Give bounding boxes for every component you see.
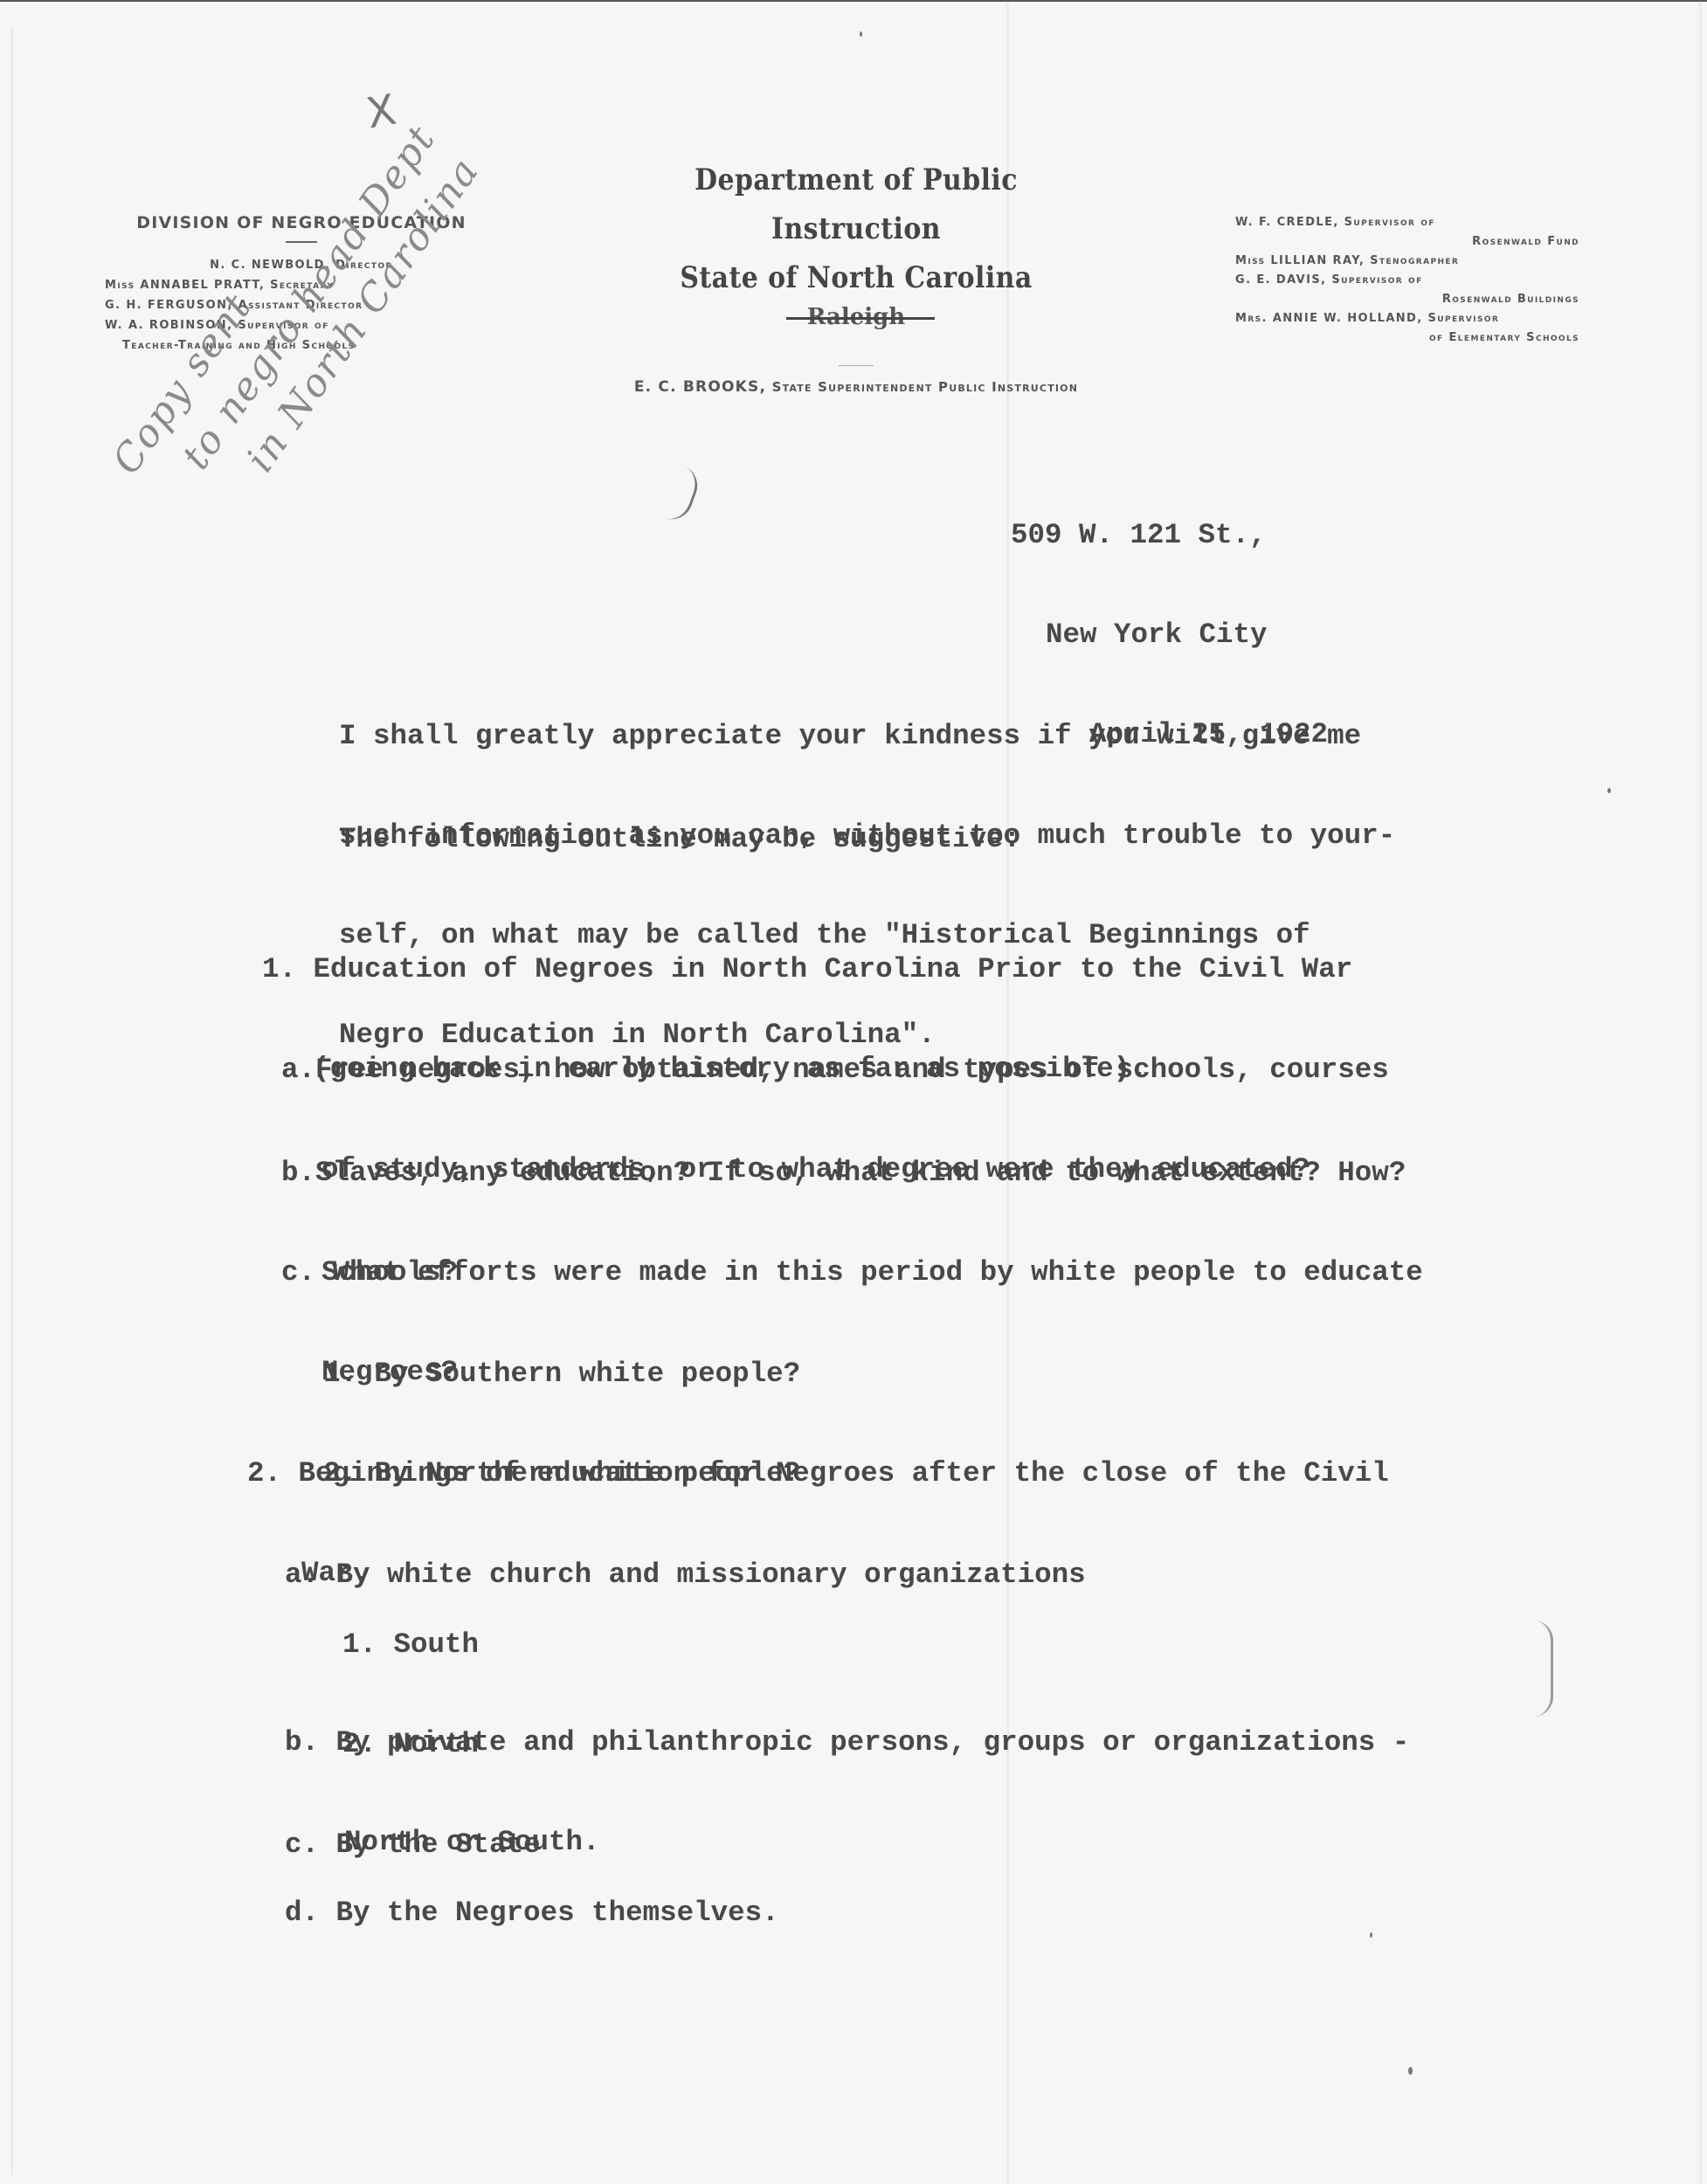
divider — [839, 365, 874, 366]
department-title: Department of Public Instruction — [618, 156, 1095, 253]
pencil-mark — [1533, 1621, 1553, 1717]
scan-speck — [1370, 1932, 1372, 1938]
scan-speck — [860, 31, 862, 37]
staff-entry: G. E. DAVIS, Supervisor of — [1235, 271, 1585, 290]
scan-border — [0, 0, 1707, 2]
pencil-mark — [664, 466, 703, 526]
staff-entry-continuation: Rosenwald Buildings — [1235, 290, 1585, 309]
list-item: 1. South — [342, 1628, 479, 1662]
scan-streak — [10, 26, 13, 2175]
letterhead-staff-right: W. F. CREDLE, Supervisor of Rosenwald Fu… — [1235, 213, 1585, 348]
scan-speck — [1408, 2067, 1413, 2075]
superintendent-line: E. C. BROOKS, State Superintendent Publi… — [585, 378, 1127, 396]
staff-entry-continuation: Rosenwald Fund — [1235, 232, 1585, 252]
list-item: 1. By Southern white people? — [323, 1358, 800, 1391]
staff-entry: Miss LILLIAN RAY, Stenographer — [1235, 252, 1585, 271]
staff-entry-continuation: of Elementary Schools — [1235, 328, 1585, 348]
staff-entry: Mrs. ANNIE W. HOLLAND, Supervisor — [1235, 309, 1585, 328]
outline-item-2d: d. By the Negroes themselves. — [285, 1830, 779, 1963]
scan-streak — [1699, 0, 1702, 2184]
state-title: State of North Carolina — [618, 253, 1095, 302]
outline-intro: The following outline may be suggestive: — [339, 823, 1020, 856]
struck-city: Raleigh — [807, 304, 905, 330]
staff-entry: W. F. CREDLE, Supervisor of — [1235, 213, 1585, 232]
letterhead-title-block: Department of Public Instruction State o… — [585, 156, 1127, 396]
address-street: 509 W. 121 St., — [1011, 519, 1328, 552]
strikethrough — [786, 317, 935, 320]
address-city: New York City — [1011, 619, 1328, 652]
scan-speck — [1607, 788, 1611, 793]
